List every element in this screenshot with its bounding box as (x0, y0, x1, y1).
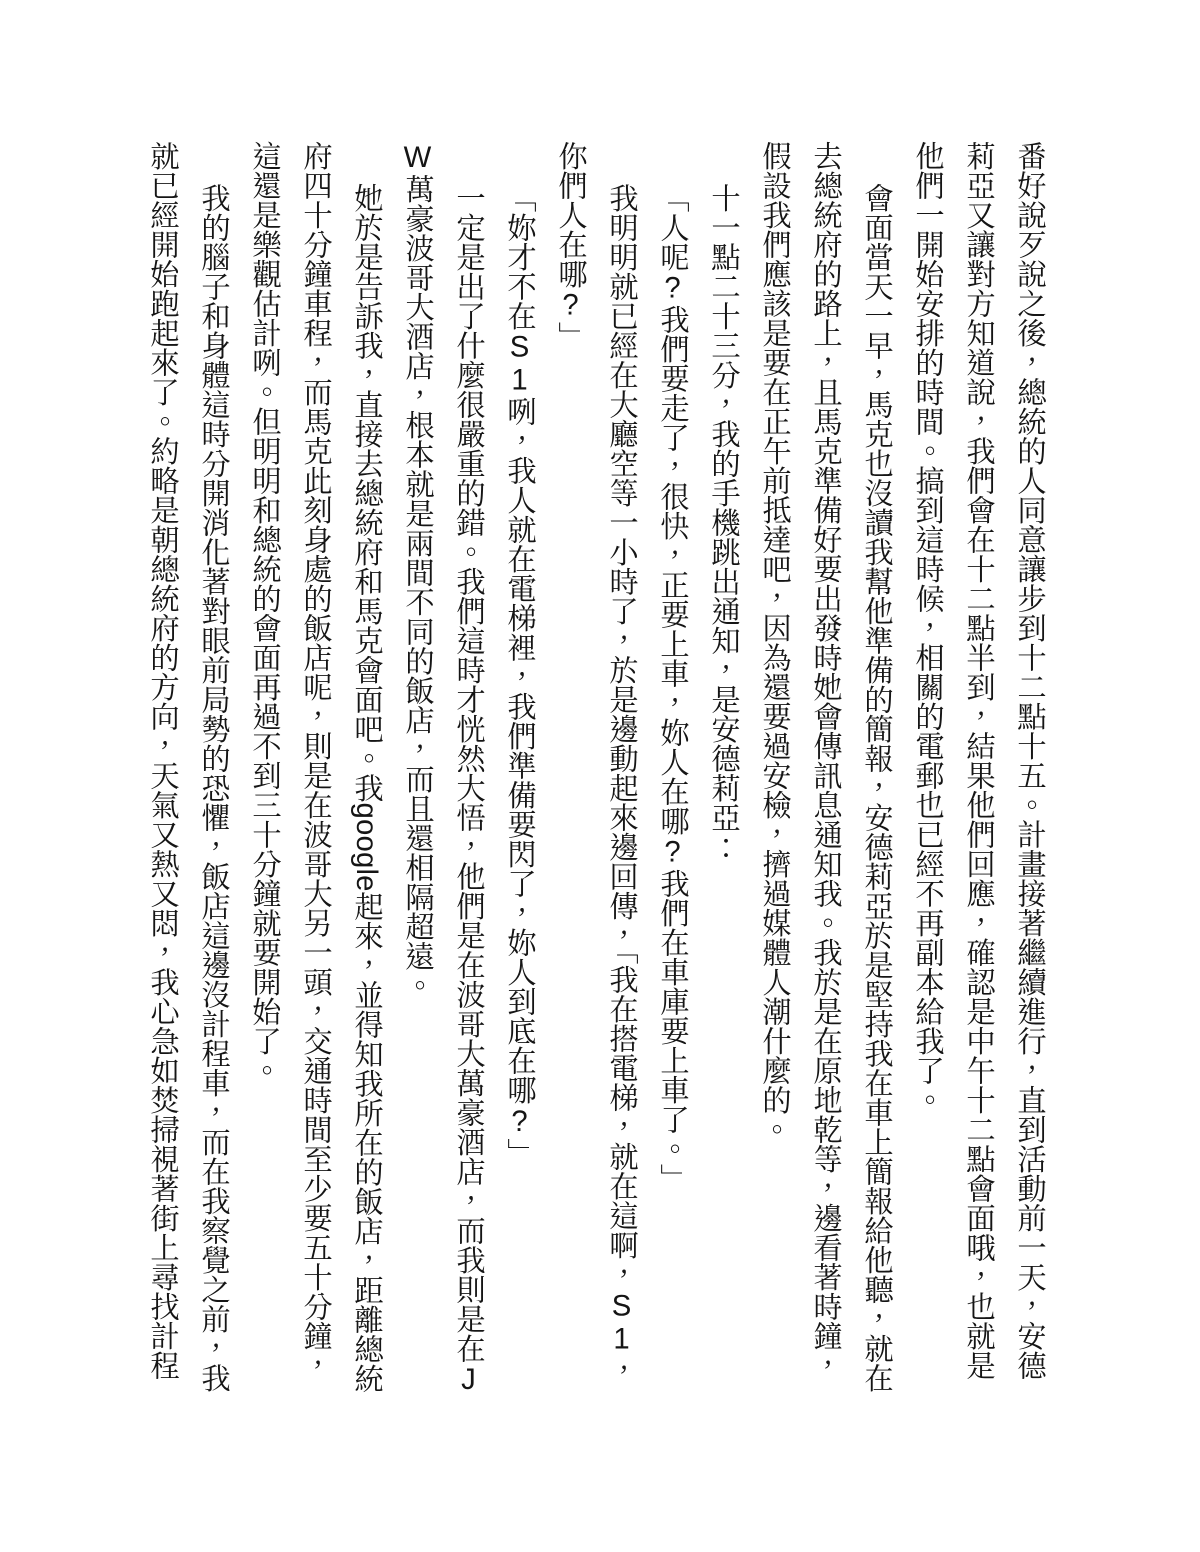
paragraph: 我明明就已經在大廳空等一小時了，於是邊動起來邊回傳，「我在搭電梯，就在這啊，S1… (545, 141, 647, 1407)
upright-run: JW (401, 141, 485, 1396)
paragraph: 她於是告訴我，直接去總統府和馬克會面吧。我google起來，並得知我所在的飯店，… (239, 141, 392, 1407)
upright-run: S1 (503, 330, 536, 396)
upright-run: ? (503, 1105, 536, 1138)
upright-run: ? (656, 835, 689, 868)
paragraph: 「妳才不在S1咧，我人就在電梯裡，我們準備要閃了，妳人到底在哪?」 (494, 141, 545, 1407)
vertical-text-block: 番好說歹說之後，總統的人同意讓步到十二點十五。計畫接著繼續進行，直到活動前一天，… (120, 141, 1055, 1407)
paragraph: 「人呢?我們要走了，很快，正要上車，妳人在哪?我們在車庫要上車了。」 (647, 141, 698, 1407)
upright-run: ? (554, 289, 587, 322)
upright-run: S1 (605, 1289, 638, 1355)
paragraph: 十一點二十三分，我的手機跳出通知，是安德莉亞： (698, 141, 749, 1407)
paragraph: 一定是出了什麼很嚴重的錯。我們這時才恍然大悟，他們是在波哥大萬豪酒店，而我則是在… (392, 141, 494, 1407)
paragraph: 番好說歹說之後，總統的人同意讓步到十二點十五。計畫接著繼續進行，直到活動前一天，… (902, 141, 1055, 1407)
paragraph: 我的腦子和身體這時分開消化著對眼前局勢的恐懼，飯店這邊沒計程車，而在我察覺之前，… (137, 141, 239, 1407)
upright-run: ? (656, 271, 689, 304)
book-page: 番好說歹說之後，總統的人同意讓步到十二點十五。計畫接著繼續進行，直到活動前一天，… (0, 0, 1200, 1552)
paragraph: 會面當天一早，馬克也沒讀我幫他準備的簡報，安德莉亞於是堅持我在車上簡報給他聽，就… (749, 141, 902, 1407)
